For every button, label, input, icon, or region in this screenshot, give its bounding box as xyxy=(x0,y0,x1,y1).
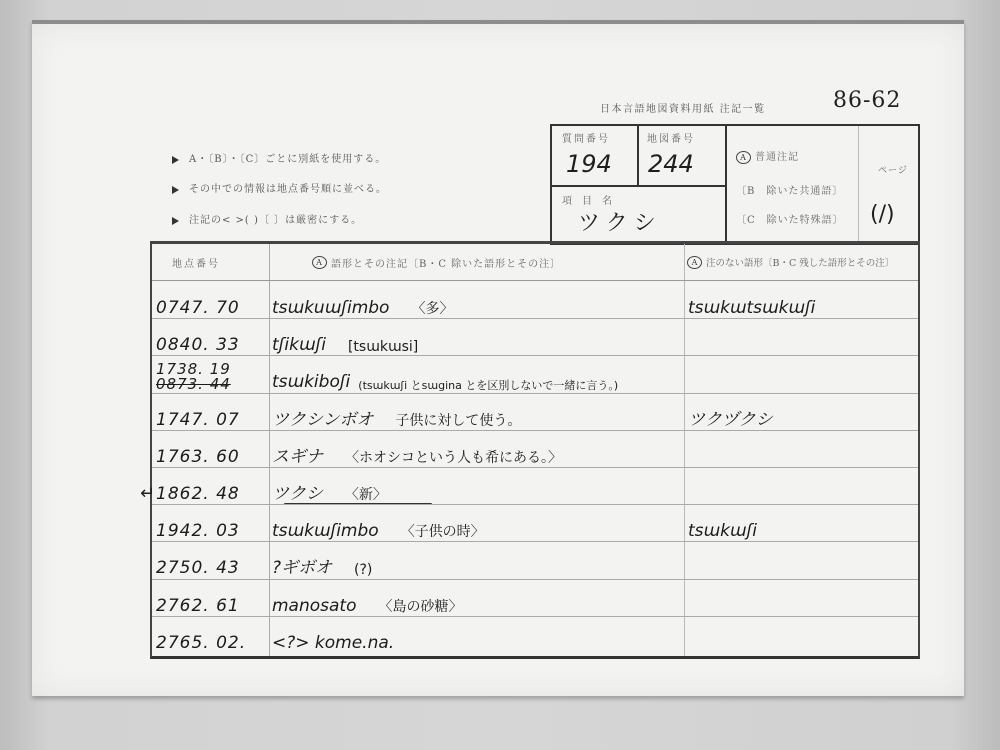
table-row: 1942. 03tsɯkɯʃimbo〈子供の時〉tsɯkɯʃi xyxy=(152,504,918,541)
word-note: 〈ホオシコという人も希にある。〉 xyxy=(345,447,562,467)
no-note-form xyxy=(688,541,914,582)
circled-a-icon: A xyxy=(312,256,327,269)
legend-c: 〔C 除いた特殊語〕 xyxy=(736,211,844,226)
point-number: 2750. 43 xyxy=(156,541,268,582)
instruction-3: 注記の< >( )〔 〕は厳密にする。 xyxy=(172,211,362,226)
word-form: ツクシ xyxy=(272,479,323,504)
no-note-form xyxy=(688,616,914,657)
form-with-note: tsɯkiboʃi(tsɯkɯʃi とsɯgina とを区別しないで一緒に言う。… xyxy=(272,355,680,396)
circled-a-icon: A xyxy=(736,151,751,164)
item-name-label: 項目名 xyxy=(562,192,622,207)
word-form: ?ギボオ xyxy=(272,553,332,578)
form-with-note: tsɯkɯʃimbo〈子供の時〉 xyxy=(272,504,680,545)
point-number: 1763. 60 xyxy=(156,430,268,471)
no-note-form: tsɯkɯtsɯkɯʃi xyxy=(688,281,914,322)
question-no-label: 質問番号 xyxy=(562,130,610,145)
table-row: 2750. 43?ギボオ(?) xyxy=(152,541,918,578)
map-no-value: 244 xyxy=(648,150,694,178)
point-number-struck: 0873. 44 xyxy=(156,377,231,392)
word-form: スギナ xyxy=(272,442,323,467)
word-note: 〈子供の時〉 xyxy=(401,521,485,541)
bullet-triangle-icon xyxy=(172,217,179,225)
form-code: 86-62 xyxy=(833,88,901,113)
word-note: 子供に対して使う。 xyxy=(395,410,521,430)
table-row: 1738. 190873. 44tsɯkiboʃi(tsɯkɯʃi とsɯgin… xyxy=(152,355,918,392)
no-note-form xyxy=(688,467,914,508)
notes-table: 地点番号 A語形とその注記〔B・C 除いた語形とその注〕 A注のない語形〔B・C… xyxy=(150,241,920,659)
table-row: 1763. 60スギナ〈ホオシコという人も希にある。〉 xyxy=(152,430,918,467)
page-label: ページ xyxy=(878,163,908,176)
word-form: ツクシンボオ xyxy=(272,405,373,430)
word-note: [tsɯkɯsi] xyxy=(348,339,418,355)
point-number: 2765. 02. xyxy=(156,616,268,657)
word-form: tsɯkiboʃi xyxy=(272,372,350,392)
form-with-note: ?ギボオ(?) xyxy=(272,541,680,582)
no-note-form xyxy=(688,579,914,620)
word-form: tsɯkuɯʃimbo xyxy=(272,298,389,318)
word-note: 〈島の砂糖〉 xyxy=(379,596,463,616)
point-number: 1738. 190873. 44 xyxy=(156,355,268,396)
point-number: 1862. 48 xyxy=(156,467,268,508)
bullet-triangle-icon xyxy=(172,156,179,164)
word-form: tʃikɯʃi xyxy=(272,335,326,355)
form-with-note: tsɯkuɯʃimbo〈多〉 xyxy=(272,281,680,322)
no-note-form xyxy=(688,430,914,471)
page-value: (/) xyxy=(870,202,895,227)
point-number: 0840. 33 xyxy=(156,318,268,359)
point-number: 2762. 61 xyxy=(156,579,268,620)
legend-b: 〔B 除いた共通語〕 xyxy=(736,182,843,197)
table-row: 2765. 02.<?> kome.na. xyxy=(152,616,918,653)
word-note: 〈新〉 xyxy=(345,484,387,504)
question-no-value: 194 xyxy=(566,150,612,178)
form-with-note: <?> kome.na. xyxy=(272,616,680,657)
point-number: 0747. 70 xyxy=(156,281,268,322)
point-number: 1942. 03 xyxy=(156,504,268,545)
table-row: 1747. 07ツクシンボオ子供に対して使う。ツクヅクシ xyxy=(152,393,918,430)
col-header-form-note: A語形とその注記〔B・C 除いた語形とその注〕 xyxy=(312,244,561,280)
word-form: <?> kome.na. xyxy=(272,633,394,653)
col-header-point-no: 地点番号 xyxy=(172,244,220,280)
item-name-value: ツクシ xyxy=(578,206,662,237)
point-number: 1747. 07 xyxy=(156,393,268,434)
form-with-note: ツクシ〈新〉 xyxy=(272,467,680,508)
margin-arrow-mark: ↵ xyxy=(140,483,155,504)
form-with-note: tʃikɯʃi[tsɯkɯsi] xyxy=(272,318,680,359)
no-note-form xyxy=(688,355,914,396)
table-row: 1862. 48ツクシ〈新〉 xyxy=(152,467,918,504)
word-note: 〈多〉 xyxy=(411,298,453,318)
form-title: 日本言語地図資料用紙 注記一覧 xyxy=(600,100,766,115)
table-row: 2762. 61manosato〈島の砂糖〉 xyxy=(152,579,918,616)
no-note-form xyxy=(688,318,914,359)
map-no-label: 地図番号 xyxy=(647,130,695,145)
word-note: (tsɯkɯʃi とsɯgina とを区別しないで一緒に言う。) xyxy=(358,380,628,392)
table-row: 0747. 70tsɯkuɯʃimbo〈多〉tsɯkɯtsɯkɯʃi xyxy=(152,281,918,318)
word-form: manosato xyxy=(272,596,357,616)
form-with-note: manosato〈島の砂糖〉 xyxy=(272,579,680,620)
bullet-triangle-icon xyxy=(172,186,179,194)
instruction-1: A・〔B〕・〔C〕ごとに別紙を使用する。 xyxy=(172,150,386,165)
circled-a-icon: A xyxy=(687,256,702,269)
table-row: 0840. 33tʃikɯʃi[tsɯkɯsi] xyxy=(152,318,918,355)
word-form: tsɯkɯʃimbo xyxy=(272,521,379,541)
form-with-note: ツクシンボオ子供に対して使う。 xyxy=(272,393,680,434)
form-with-note: スギナ〈ホオシコという人も希にある。〉 xyxy=(272,430,680,471)
word-note: (?) xyxy=(354,562,372,578)
legend-a: A普通注記 xyxy=(736,148,799,164)
no-note-form: tsɯkɯʃi xyxy=(688,504,914,545)
col-header-no-note-form: A注のない語形〔B・C 残した語形とその注〕 xyxy=(687,244,894,280)
instruction-2: その中での情報は地点番号順に並べる。 xyxy=(172,180,387,195)
no-note-form: ツクヅクシ xyxy=(688,393,914,434)
